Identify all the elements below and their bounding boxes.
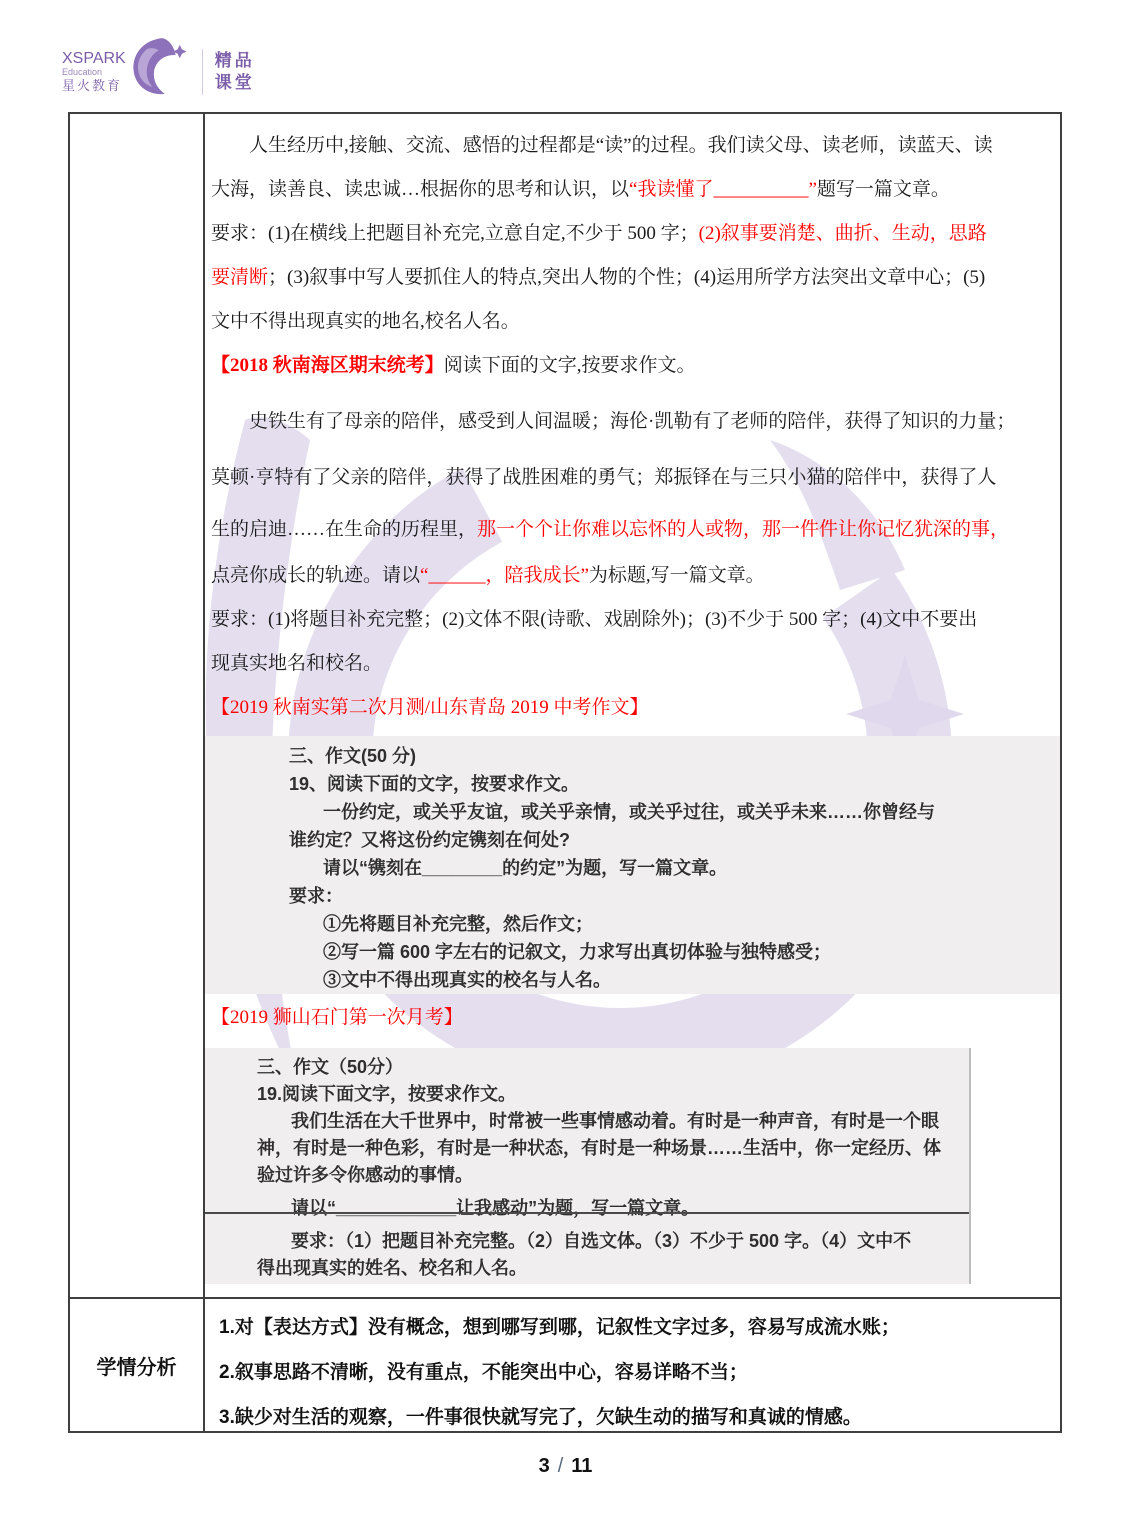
text-segment: 请以“____________让我感动”为题，写一篇文章。	[291, 1198, 699, 1218]
scan-line: 我们生活在大千世界中，时常被一些事情感动着。有时是一种声音，有时是一个眼	[257, 1108, 969, 1135]
analysis-item: 3.缺少对生活的观察，一件事很快就写完了，欠缺生动的描写和真诚的情感。	[219, 1395, 1050, 1440]
scan-line: ①先将题目补充完整，然后作文；	[289, 910, 1060, 938]
analysis-item: 2.叙事思路不清晰，没有重点，不能突出中心，容易详略不当；	[219, 1350, 1050, 1395]
text-segment: 19.阅读下面文字，按要求作文。	[257, 1084, 516, 1104]
paragraph-line: 文中不得出现真实的地名,校名人名。	[211, 300, 1054, 344]
text-segment: 一份约定，或关乎友谊，或关乎亲情，或关乎过往，或关乎未来……你曾经与	[323, 802, 935, 822]
text-segment: 为标题,写一篇文章。	[589, 565, 765, 586]
text-segment: 3.缺少对生活的观察，一件事很快就写完了，欠缺生动的描写和真诚的情感。	[219, 1407, 862, 1428]
text-segment: 莫顿·亨特有了父亲的陪伴，获得了战胜困难的勇气；郑振铎在与三只小猫的陪伴中，获得…	[211, 467, 996, 488]
scan-line: ③文中不得出现真实的校名与人名。	[289, 966, 1060, 994]
content-cell: 人生经历中,接触、交流、感悟的过程都是“读”的过程。我们读父母、读老师，读蓝天、…	[205, 114, 1060, 1297]
text-segment: 现真实地名和校名。	[211, 653, 382, 674]
paragraph-line: 要求：(1)在横线上把题目补充完,立意自定,不少于 500 字；(2)叙事要消楚…	[211, 212, 1054, 256]
highlighted-text: (2)叙事要消楚、曲折、生动，思路	[699, 223, 987, 244]
text-segment: 点亮你成长的轨迹。请以	[211, 565, 420, 586]
text-segment: ；(3)叙事中写人要抓住人的特点,突出人物的个性；(4)运用所学方法突出文章中心…	[268, 267, 985, 288]
text-segment: 2.叙事思路不清晰，没有重点，不能突出中心，容易详略不当；	[219, 1362, 748, 1383]
text-segment: 请以“镌刻在________的约定”为题，写一篇文章。	[323, 858, 727, 878]
text-segment: 1.对【表达方式】没有概念，想到哪写到哪，记叙性文字过多，容易写成流水账；	[219, 1317, 900, 1338]
paragraph-line: 要清断；(3)叙事中写人要抓住人的特点,突出人物的个性；(4)运用所学方法突出文…	[211, 256, 1054, 300]
text-segment: 史铁生有了母亲的陪伴，感受到人间温暖；海伦·凯勒有了老师的陪伴，获得了知识的力量…	[249, 411, 1015, 432]
analysis-label: 学情分析	[97, 1351, 177, 1380]
scan-line: 谁约定？又将这份约定镌刻在何处?	[289, 826, 1060, 854]
scan-line: 要求：	[289, 882, 1060, 910]
exam-scan-image-1: 三、作文(50 分)19、阅读下面的文字，按要求作文。一份约定，或关乎友谊，或关…	[205, 736, 1060, 994]
scan-line: 验过许多令你感动的事情。	[257, 1162, 969, 1189]
scan-line: 请以“镌刻在________的约定”为题，写一篇文章。	[289, 854, 1060, 882]
brand-header: XSPARK Education 星火教育 精品 课堂	[62, 42, 255, 102]
exam-scan-image-2: 三、作文（50分）19.阅读下面文字，按要求作文。我们生活在大千世界中，时常被一…	[205, 1048, 971, 1284]
brand-text: XSPARK Education 星火教育	[62, 51, 126, 93]
scan-line: 要求：（1）把题目补充完整。（2）自选文体。（3）不少于 500 字。（4）文中…	[257, 1228, 969, 1255]
analysis-label-cell: 学情分析	[70, 1297, 205, 1431]
text-segment: 我们生活在大千世界中，时常被一些事情感动着。有时是一种声音，有时是一个眼	[291, 1111, 939, 1131]
scan-line: 三、作文(50 分)	[289, 742, 1060, 770]
text-segment: ②写一篇 600 字左右的记叙文，力求写出真切体验与独特感受；	[323, 942, 831, 962]
header-divider	[202, 49, 203, 95]
page-separator: /	[558, 1455, 564, 1477]
paragraph-line: 【2019 秋南实第二次月测/山东青岛 2019 中考作文】	[211, 686, 1054, 730]
text-segment: 大海，读善良、读忠诚…根据你的思考和认识，以	[211, 179, 629, 200]
text-segment: 三、作文(50 分)	[289, 746, 416, 766]
scan-line: 请以“____________让我感动”为题，写一篇文章。	[257, 1195, 969, 1222]
worksheet-table: 人生经历中,接触、交流、感悟的过程都是“读”的过程。我们读父母、读老师，读蓝天、…	[68, 112, 1062, 1433]
text-segment: 要求：(1)在横线上把题目补充完,立意自定,不少于 500 字；	[211, 223, 699, 244]
empty-label-cell	[70, 114, 205, 1297]
text-segment: 19、阅读下面的文字，按要求作文。	[289, 774, 579, 794]
paragraph-line: 史铁生有了母亲的陪伴，感受到人间温暖；海伦·凯勒有了老师的陪伴，获得了知识的力量…	[211, 394, 1054, 450]
highlighted-text: 【2018 秋南海区期末统考】	[211, 355, 444, 376]
section-header-2019-shishan: 【2019 狮山石门第一次月考】	[211, 996, 1054, 1040]
xspark-swirl-icon	[122, 34, 194, 102]
paragraph-line: 现真实地名和校名。	[211, 642, 1054, 686]
analysis-item: 1.对【表达方式】没有概念，想到哪写到哪，记叙性文字过多，容易写成流水账；	[219, 1305, 1050, 1350]
page-footer: 3/11	[0, 1455, 1131, 1478]
brand-subtitle: Education	[62, 68, 126, 77]
text-segment: 人生经历中,接触、交流、感悟的过程都是“读”的过程。我们读父母、读老师，读蓝天、…	[249, 135, 993, 156]
scan-line: 三、作文（50分）	[257, 1054, 969, 1081]
brand-name-cn: 星火教育	[62, 79, 126, 93]
text-segment: 要求：(1)将题目补充完整；(2)文体不限(诗歌、戏剧除外)；(3)不少于 50…	[211, 609, 977, 630]
text-segment: 要求：	[289, 886, 343, 906]
text-segment: 要求：（1）把题目补充完整。（2）自选文体。（3）不少于 500 字。（4）文中…	[291, 1231, 911, 1251]
paragraph-line: 生的启迪……在生命的历程里，那一个个让你难以忘怀的人或物，那一件件让你记忆犹深的…	[211, 506, 1054, 554]
text-segment: 生的启迪……在生命的历程里，	[211, 519, 477, 540]
tagline-line2: 课堂	[215, 72, 255, 94]
highlighted-text: “我读懂了__________”	[629, 179, 817, 200]
paragraph-line: 点亮你成长的轨迹。请以“______，陪我成长”为标题,写一篇文章。	[211, 554, 1054, 598]
text-segment: 得出现真实的姓名、校名和人名。	[257, 1258, 527, 1278]
scan-line: 神，有时是一种色彩，有时是一种状态，有时是一种场景……生活中，你一定经历、体	[257, 1135, 969, 1162]
text-segment: ③文中不得出现真实的校名与人名。	[323, 970, 611, 990]
text-segment: 三、作文（50分）	[257, 1057, 403, 1077]
page-total: 11	[571, 1455, 592, 1477]
highlighted-text: “______，陪我成长”	[420, 565, 589, 586]
highlighted-text: 那一个个让你难以忘怀的人或物，那一件件让你记忆犹深的事，	[477, 519, 1009, 540]
tagline-line1: 精品	[215, 50, 255, 72]
highlighted-text: 要清断	[211, 267, 268, 288]
scan-line: 19.阅读下面文字，按要求作文。	[257, 1081, 969, 1108]
text-segment: 阅读下面的文字,按要求作文。	[444, 355, 696, 376]
scan-line: 一份约定，或关乎友谊，或关乎亲情，或关乎过往，或关乎未来……你曾经与	[289, 798, 1060, 826]
text-segment: 文中不得出现真实的地名,校名人名。	[211, 311, 520, 332]
scan-line: 19、阅读下面的文字，按要求作文。	[289, 770, 1060, 798]
text-segment: 谁约定？又将这份约定镌刻在何处?	[289, 830, 570, 850]
paragraph-line: 【2018 秋南海区期末统考】阅读下面的文字,按要求作文。	[211, 344, 1054, 388]
scan-line: 得出现真实的姓名、校名和人名。	[257, 1255, 969, 1282]
brand-tagline: 精品 课堂	[215, 50, 255, 94]
scan-line: ②写一篇 600 字左右的记叙文，力求写出真切体验与独特感受；	[289, 938, 1060, 966]
paragraph-line: 要求：(1)将题目补充完整；(2)文体不限(诗歌、戏剧除外)；(3)不少于 50…	[211, 598, 1054, 642]
text-segment: 题写一篇文章。	[817, 179, 950, 200]
highlighted-text: 【2019 秋南实第二次月测/山东青岛 2019 中考作文】	[211, 697, 649, 718]
analysis-cell: 1.对【表达方式】没有概念，想到哪写到哪，记叙性文字过多，容易写成流水账；2.叙…	[205, 1297, 1060, 1431]
content-lines: 人生经历中,接触、交流、感悟的过程都是“读”的过程。我们读父母、读老师，读蓝天、…	[211, 124, 1054, 730]
paragraph-line: 莫顿·亨特有了父亲的陪伴，获得了战胜困难的勇气；郑振铎在与三只小猫的陪伴中，获得…	[211, 450, 1054, 506]
text-segment: ①先将题目补充完整，然后作文；	[323, 914, 593, 934]
text-segment: 神，有时是一种色彩，有时是一种状态，有时是一种场景……生活中，你一定经历、体	[257, 1138, 941, 1158]
brand-name: XSPARK	[62, 51, 126, 68]
page-number: 3	[539, 1455, 550, 1477]
text-segment: 验过许多令你感动的事情。	[257, 1165, 473, 1185]
paragraph-line: 大海，读善良、读忠诚…根据你的思考和认识，以“我读懂了__________”题写…	[211, 168, 1054, 212]
worksheet-page: XSPARK Education 星火教育 精品 课堂 人生经历中,接触、交流、…	[0, 0, 1131, 1531]
scan-rule-line	[205, 1212, 969, 1214]
paragraph-line: 人生经历中,接触、交流、感悟的过程都是“读”的过程。我们读父母、读老师，读蓝天、…	[211, 124, 1054, 168]
